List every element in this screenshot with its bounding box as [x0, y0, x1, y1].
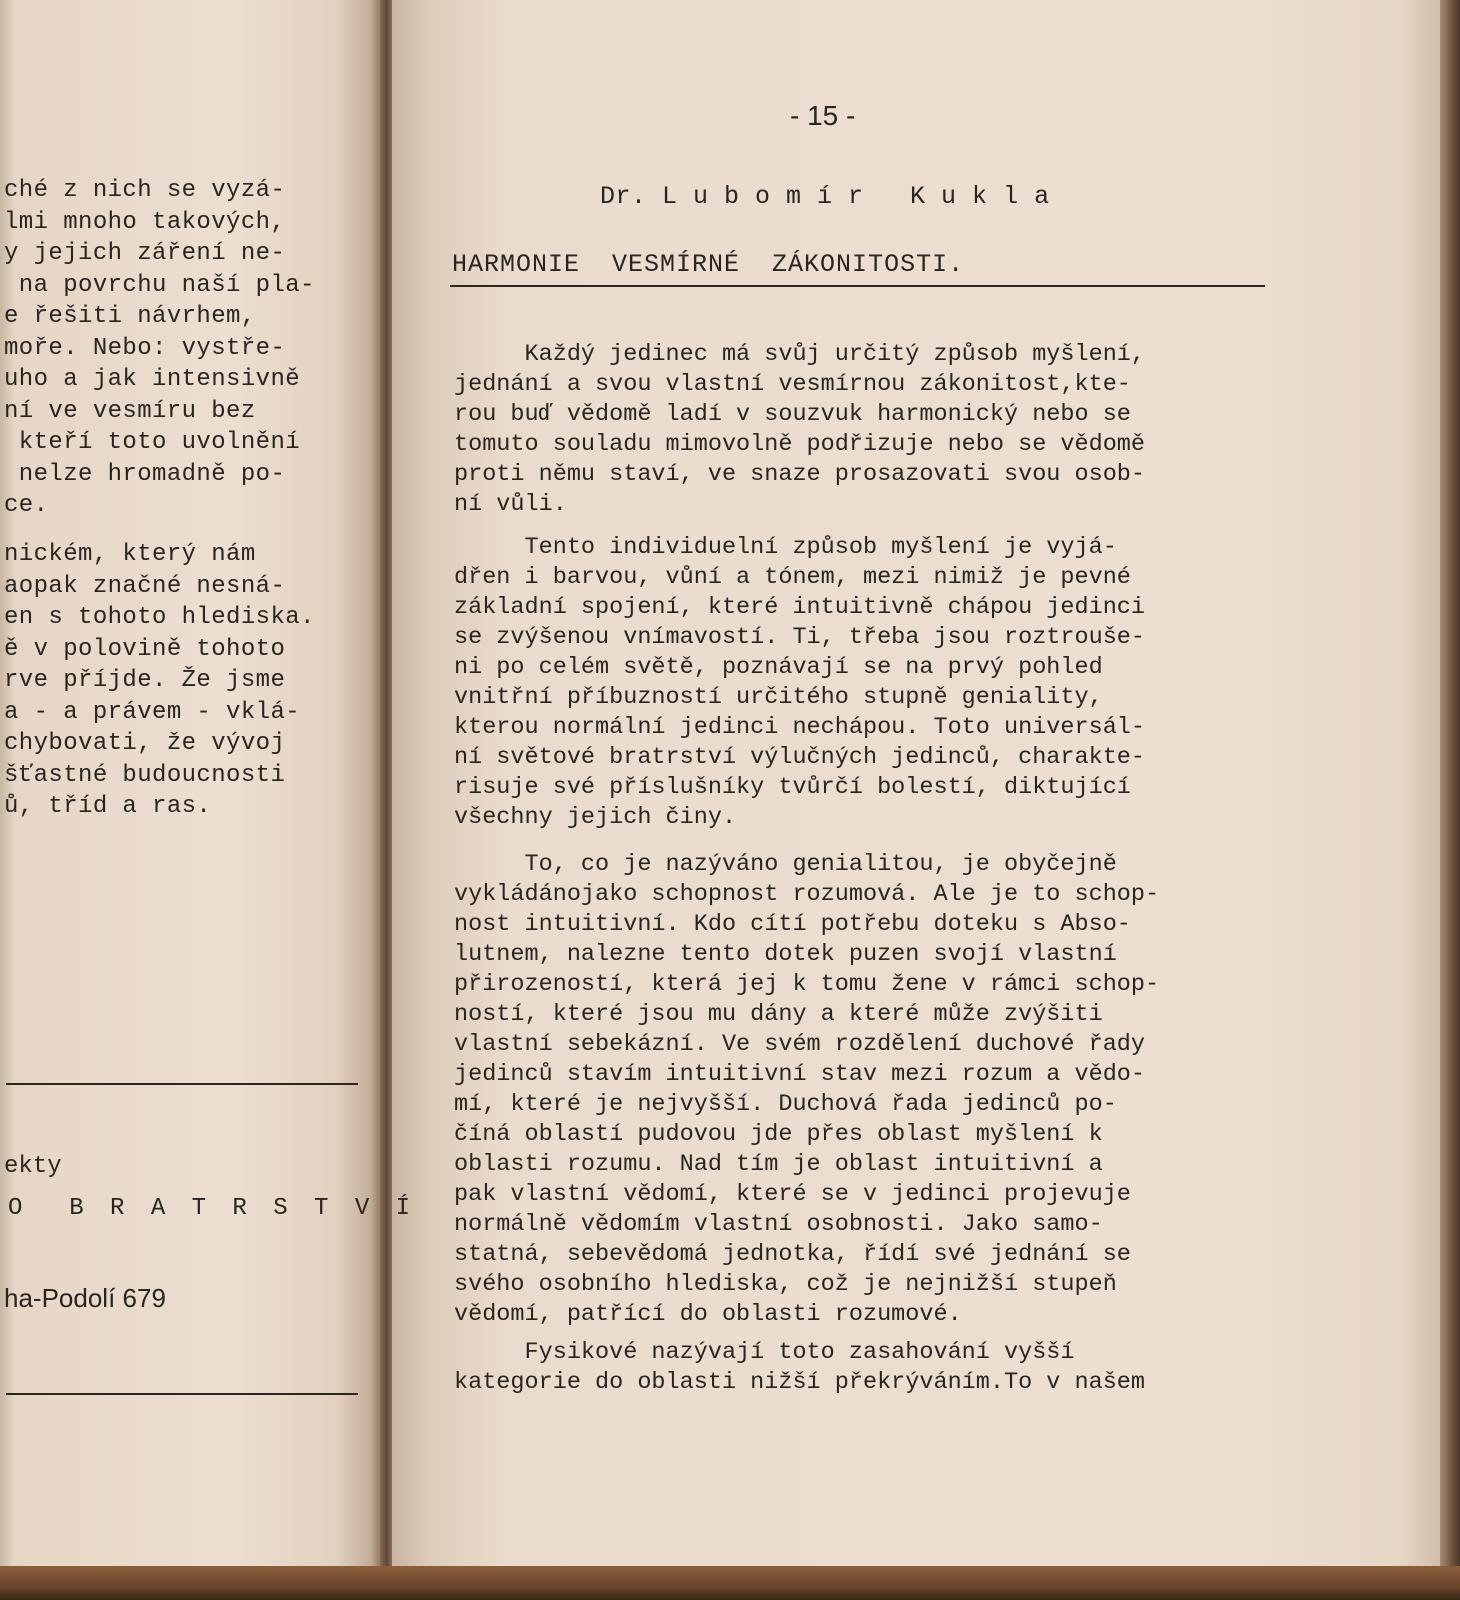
text-line: kteří toto uvolnění: [4, 428, 300, 458]
text-line: ní ve vesmíru bez: [4, 397, 256, 427]
text-line: chybovati, že vývoj: [4, 729, 285, 759]
paragraph-line: vědomí, patřící do oblasti rozumové.: [454, 1300, 962, 1329]
paragraph-line: tomuto souladu mimovolně podřizuje nebo …: [454, 430, 1145, 459]
text-line: aopak značné nesná-: [4, 572, 285, 602]
paragraph-line: ní světové bratrství výlučných jedinců, …: [454, 743, 1145, 772]
left-footer-fraternity: O B R A T R S T V Í: [8, 1195, 416, 1222]
page-number: - 15 -: [790, 100, 855, 132]
paragraph-line: svého osobního hlediska, což je nejnižší…: [454, 1270, 1117, 1299]
text-line: e řešiti návrhem,: [4, 302, 256, 332]
paragraph-line: oblasti rozumu. Nad tím je oblast intuit…: [454, 1150, 1103, 1179]
text-line: na povrchu naší pla-: [4, 271, 315, 301]
paragraph-line: pak vlastní vědomí, které se v jedinci p…: [454, 1180, 1131, 1209]
paragraph-line: kategorie do oblasti nižší překrýváním.T…: [454, 1368, 1145, 1397]
paragraph-line: rou buď vědomě ladí v souzvuk harmonický…: [454, 400, 1131, 429]
left-footer-rule-bottom: [6, 1393, 358, 1395]
text-line: lmi mnoho takových,: [4, 208, 285, 238]
text-line: rve příjde. Že jsme: [4, 666, 285, 696]
book-right-edge: [1440, 0, 1460, 1600]
text-line: uho a jak intensivně: [4, 365, 300, 395]
left-footer-rule-top: [6, 1083, 358, 1085]
text-line: nelze hromadně po-: [4, 460, 285, 490]
paragraph-line: ní vůli.: [454, 490, 567, 519]
paragraph-line: normálně vědomím vlastní osobnosti. Jako…: [454, 1210, 1103, 1239]
text-line: ché z nich se vyzá-: [4, 176, 285, 206]
paragraph-line: mí, které je nejvyšší. Duchová řada jedi…: [454, 1090, 1117, 1119]
paragraph-line: vlastní sebekázní. Ve svém rozdělení duc…: [454, 1030, 1145, 1059]
paragraph-line: statná, sebevědomá jednotka, řídí své je…: [454, 1240, 1131, 1269]
article-title: HARMONIE VESMÍRNÉ ZÁKONITOSTI.: [452, 250, 964, 279]
paragraph-line: se zvýšenou vnímavostí. Ti, třeba jsou r…: [454, 623, 1145, 652]
book-bottom-edge: [0, 1566, 1460, 1600]
left-footer-line1: ekty: [4, 1153, 62, 1180]
paragraph-line: všechny jejich činy.: [454, 803, 736, 832]
text-line: a - a právem - vklá-: [4, 698, 300, 728]
paragraph-line: proti němu staví, ve snaze prosazovati s…: [454, 460, 1145, 489]
author-name: Dr. L u b o m í r K u k l a: [600, 182, 1050, 211]
text-line: y jejich záření ne-: [4, 239, 285, 269]
paragraph-line: základní spojení, které intuitivně chápo…: [454, 593, 1145, 622]
text-line: ce.: [4, 491, 48, 521]
text-line: šťastné budoucnosti: [4, 761, 285, 791]
paragraph-line: ni po celém světě, poznávají se na prvý …: [454, 653, 1103, 682]
paragraph-line: risuje své příslušníky tvůrčí bolestí, d…: [454, 773, 1131, 802]
paragraph-line: jednání a svou vlastní vesmírnou zákonit…: [454, 370, 1131, 399]
title-underline: [450, 285, 1265, 287]
text-line: nickém, který nám: [4, 540, 256, 570]
paragraph-line: Každý jedinec má svůj určitý způsob myšl…: [454, 340, 1145, 369]
paragraph-line: vnitřní příbuzností určitého stupně geni…: [454, 683, 1103, 712]
paragraph-line: ností, které jsou mu dány a které může z…: [454, 1000, 1103, 1029]
text-line: ů, tříd a ras.: [4, 792, 211, 822]
text-line: en s tohoto hlediska.: [4, 603, 315, 633]
paragraph-line: vykládánojako schopnost rozumová. Ale je…: [454, 880, 1159, 909]
paragraph-line: dřen i barvou, vůní a tónem, mezi nimiž …: [454, 563, 1131, 592]
paragraph-line: kterou normální jedinci nechápou. Toto u…: [454, 713, 1145, 742]
text-line: moře. Nebo: vystře-: [4, 334, 285, 364]
paragraph-line: nost intuitivní. Kdo cítí potřebu doteku…: [454, 910, 1131, 939]
left-footer-address: ha-Podolí 679: [4, 1283, 166, 1314]
paragraph-line: přirozeností, která jej k tomu žene v rá…: [454, 970, 1159, 999]
paragraph-line: lutnem, nalezne tento dotek puzen svojí …: [454, 940, 1117, 969]
text-line: ě v polovině tohoto: [4, 635, 285, 665]
paragraph-line: To, co je nazýváno genialitou, je obyčej…: [454, 850, 1117, 879]
paragraph-line: jedinců stavím intuitivní stav mezi rozu…: [454, 1060, 1145, 1089]
paragraph-line: číná oblastí pudovou jde přes oblast myš…: [454, 1120, 1103, 1149]
paragraph-line: Fysikové nazývají toto zasahování vyšší: [454, 1338, 1075, 1367]
paragraph-line: Tento individuelní způsob myšlení je vyj…: [454, 533, 1117, 562]
